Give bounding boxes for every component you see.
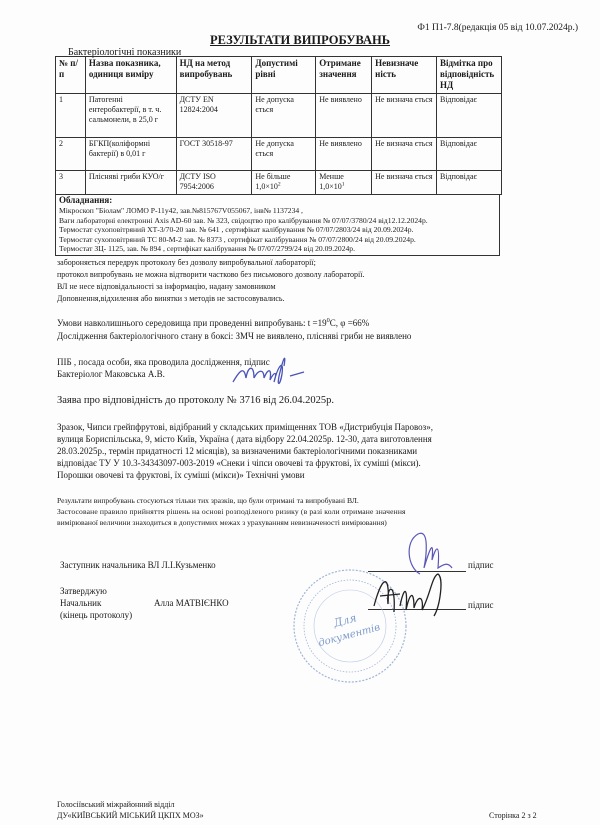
box-study: Дослідження бактеріологічного стану в бо… xyxy=(57,331,411,342)
note: ВЛ не несе відповідальності за інформаці… xyxy=(57,282,276,292)
statement-line: відповідає ТУ У 10.3-34343097-003-2019 «… xyxy=(57,458,421,469)
env-prefix: Умови навколишнього середовища при прове… xyxy=(57,318,327,328)
svg-text:Для: Для xyxy=(331,611,358,630)
approve-label: Затверджую xyxy=(60,586,107,597)
equipment-item: Термостат сухоповітряний ТС 80-М-2 зав. … xyxy=(59,235,496,245)
deputy-name: Заступник начальника ВЛ Л.І.Кузьменко xyxy=(60,560,216,571)
cell-allowed: Не допуска ється xyxy=(252,138,316,171)
chief-title: Начальник xyxy=(60,598,101,609)
statement-line: 28.03.2025р., термін придатності 12 міся… xyxy=(57,446,417,457)
cell-conformity: Відповідає xyxy=(436,171,501,195)
cell-name: Патогенні ентеробактерії, в т. ч. сальмо… xyxy=(85,94,176,138)
note: Доповнення,відхилення або винятки з мето… xyxy=(57,294,285,304)
cell-allowed: Не допуска ється xyxy=(252,94,316,138)
table-row: 3 Плісняві гриби КУО/г ДСТУ ISO 7954:200… xyxy=(56,171,502,195)
page-title: РЕЗУЛЬТАТИ ВИПРОБУВАНЬ xyxy=(0,33,600,48)
signature-label: підпис xyxy=(468,560,494,571)
equipment-item: Термостат сухоповітряний ХТ-3/70-20 зав.… xyxy=(59,225,496,235)
equipment-item: Ваги лабораторні електронні Axis AD-60 з… xyxy=(59,216,496,226)
cell-result: Не виявлено xyxy=(316,94,372,138)
column-header: Відмітка про відповідність НД xyxy=(436,57,501,94)
chief-signature-icon xyxy=(370,566,450,626)
end-of-protocol: (кінець протоколу) xyxy=(60,610,132,621)
statement-title: Заява про відповідність до протоколу № 3… xyxy=(57,395,334,407)
result-value: 1,0×10 xyxy=(319,182,342,191)
cell-method: ГОСТ 30518-97 xyxy=(176,138,252,171)
chief-name: Алла МАТВІЄНКО xyxy=(154,598,229,609)
environment-conditions: Умови навколишнього середовища при прове… xyxy=(57,318,369,329)
disclaimer-line: Результати випробувань стосуються тільки… xyxy=(57,496,359,505)
table-row: 2 БГКП(коліформні бактерії) в 0,01 г ГОС… xyxy=(56,138,502,171)
results-table: № п/п Назва показника, одиниця виміру НД… xyxy=(55,56,502,195)
note: забороняється передрук протоколу без доз… xyxy=(57,258,316,268)
note: протокол випробувань не можна відтворити… xyxy=(57,270,364,280)
statement-line: Порошки овочеві та фруктові, їх суміші (… xyxy=(57,470,305,481)
cell-uncertainty: Не визнача ється xyxy=(372,138,437,171)
allowed-exp: 2 xyxy=(278,181,281,187)
statement-line: Зразок, Чипси грейпфрутові, відібраний у… xyxy=(57,422,433,433)
equipment-heading: Обладнання: xyxy=(59,195,496,206)
cell-result: Менше1,0×101 xyxy=(316,171,372,195)
cell-no: 3 xyxy=(56,171,86,195)
disclaimer-line: Застосоване правило прийняття рішень на … xyxy=(57,507,406,516)
performer-signature-icon xyxy=(228,352,318,392)
cell-result: Не виявлено xyxy=(316,138,372,171)
result-exp: 1 xyxy=(342,181,345,187)
cell-name: Плісняві гриби КУО/г xyxy=(85,171,176,195)
statement-line: вулиця Бориспільська, 9, місто Київ, Укр… xyxy=(57,434,432,445)
form-code: Ф1 П1-7.8(редакція 05 від 10.07.2024р.) xyxy=(417,23,578,33)
cell-uncertainty: Не визнача ється xyxy=(372,171,437,195)
cell-no: 2 xyxy=(56,138,86,171)
cell-uncertainty: Не визнача ється xyxy=(372,94,437,138)
equipment-box: Обладнання: Мікроскоп "Біолам" ЛОМО Р-11… xyxy=(55,194,500,256)
table-header-row: № п/п Назва показника, одиниця виміру НД… xyxy=(56,57,502,94)
footer-org-line1: Голосіївський міжрайонний відділ xyxy=(57,800,175,810)
disclaimer-line: вимірюваної величини знаходиться в допус… xyxy=(57,518,387,527)
cell-no: 1 xyxy=(56,94,86,138)
cell-conformity: Відповідає xyxy=(436,94,501,138)
allowed-prefix: Не більше xyxy=(255,172,290,181)
column-header: Невизначе ність xyxy=(372,57,437,94)
cell-method: ДСТУ EN 12824:2004 xyxy=(176,94,252,138)
performer-name: Бактеріолог Маковська А.В. xyxy=(57,369,165,380)
allowed-value: 1,0×10 xyxy=(255,182,278,191)
footer-org-line2: ДУ«КИЇВСЬКИЙ МІСЬКИЙ ЦКПХ МОЗ» xyxy=(57,811,204,821)
equipment-item: Термостат ЗЦ- 1125, зав. № 894 , сертифі… xyxy=(59,244,496,254)
cell-conformity: Відповідає xyxy=(436,138,501,171)
result-prefix: Менше xyxy=(319,172,344,181)
column-header: Допустимі рівні xyxy=(252,57,316,94)
column-header: № п/п xyxy=(56,57,86,94)
cell-name: БГКП(коліформні бактерії) в 0,01 г xyxy=(85,138,176,171)
cell-method: ДСТУ ISO 7954:2006 xyxy=(176,171,252,195)
column-header: НД на метод випробувань xyxy=(176,57,252,94)
column-header: Отримане значення xyxy=(316,57,372,94)
table-row: 1 Патогенні ентеробактерії, в т. ч. саль… xyxy=(56,94,502,138)
signature-label: підпис xyxy=(468,600,494,611)
equipment-item: Мікроскоп "Біолам" ЛОМО Р-11у42, зав.№81… xyxy=(59,206,496,216)
column-header: Назва показника, одиниця виміру xyxy=(85,57,176,94)
page-number: Сторінка 2 з 2 xyxy=(489,811,537,821)
cell-allowed: Не більше1,0×102 xyxy=(252,171,316,195)
env-suffix: С, φ =66% xyxy=(330,318,370,328)
